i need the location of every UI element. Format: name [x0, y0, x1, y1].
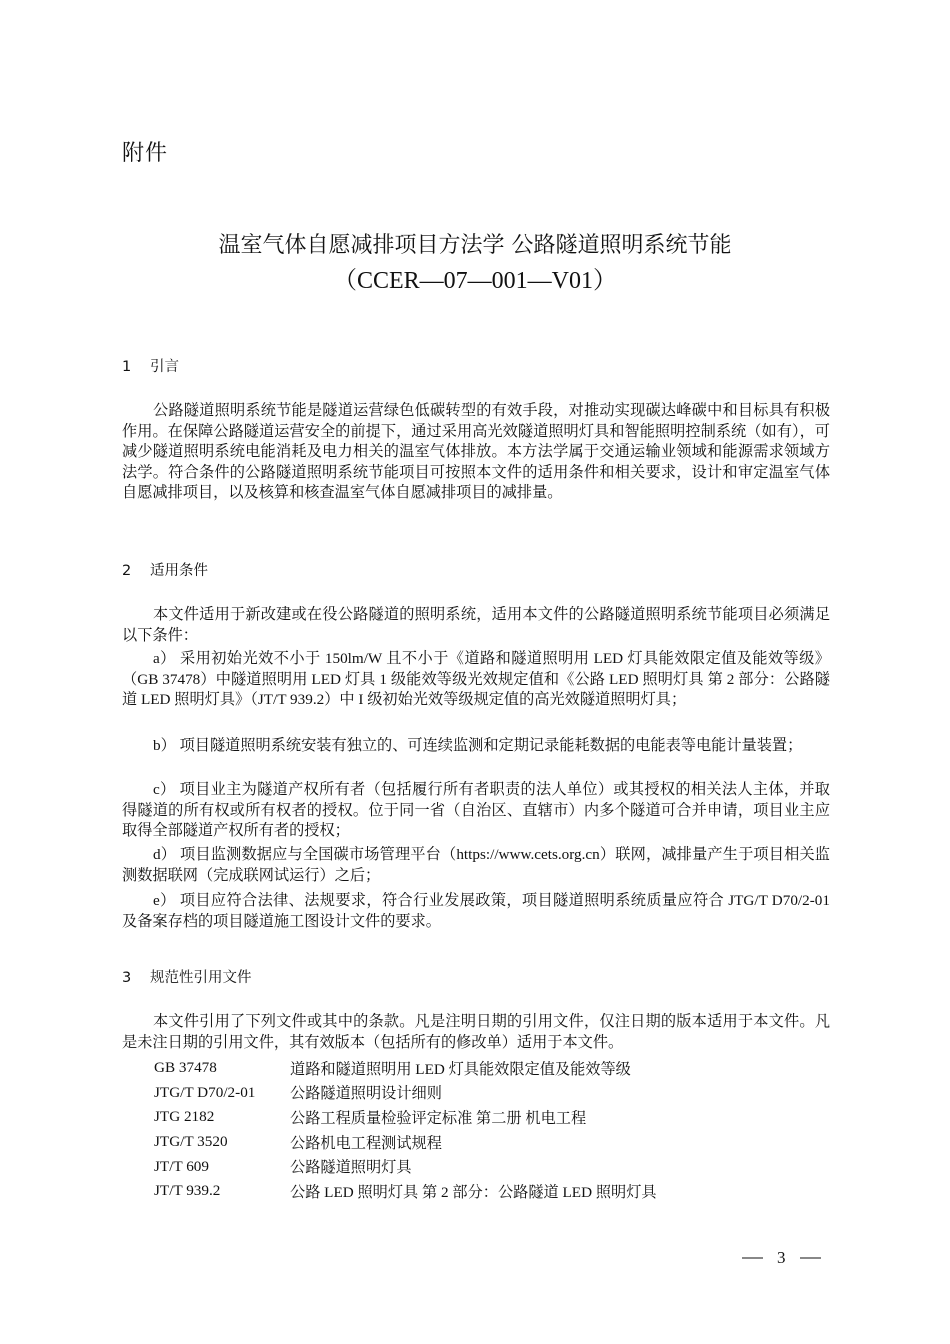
- reference-code: JTG 2182: [154, 1108, 290, 1126]
- page-number: 3: [742, 1248, 821, 1268]
- reference-item: JT/T 939.2 公路 LED 照明灯具 第 2 部分：公路隧道 LED 照…: [154, 1179, 657, 1204]
- section-3-heading: 3规范性引用文件: [122, 966, 252, 987]
- reference-item: JTG/T D70/2-01 公路隧道照明设计细则: [154, 1081, 657, 1106]
- reference-item: JTG 2182 公路工程质量检验评定标准 第二册 机电工程: [154, 1105, 657, 1130]
- section-title: 规范性引用文件: [150, 970, 252, 986]
- section-3-paragraph: 本文件引用了下列文件或其中的条款。凡是注明日期的引用文件，仅注日期的版本适用于本…: [122, 1012, 830, 1053]
- section-1-paragraph: 公路隧道照明系统节能是隧道运营绿色低碳转型的有效手段，对推动实现碳达峰碳中和目标…: [122, 401, 830, 504]
- reference-title: 公路工程质量检验评定标准 第二册 机电工程: [290, 1107, 586, 1128]
- reference-title: 公路 LED 照明灯具 第 2 部分：公路隧道 LED 照明灯具: [290, 1181, 657, 1202]
- condition-c: c） 项目业主为隧道产权所有者（包括履行所有者职责的法人单位）或其授权的相关法人…: [122, 780, 830, 842]
- section-number: 3: [122, 970, 150, 986]
- section-2-intro: 本文件适用于新改建或在役公路隧道的照明系统，适用本文件的公路隧道照明系统节能项目…: [122, 605, 830, 646]
- dash-decoration: [800, 1257, 821, 1259]
- attachment-label: 附件: [122, 136, 168, 167]
- section-number: 1: [122, 359, 150, 375]
- reference-title: 道路和隧道照明用 LED 灯具能效限定值及能效等级: [290, 1058, 631, 1079]
- reference-item: JT/T 609 公路隧道照明灯具: [154, 1154, 657, 1179]
- condition-b: b） 项目隧道照明系统安装有独立的、可连续监测和定期记录能耗数据的电能表等电能计…: [122, 736, 830, 757]
- reference-code: JTG/T 3520: [154, 1133, 290, 1151]
- reference-code: JT/T 939.2: [154, 1182, 290, 1200]
- page-number-value: 3: [777, 1248, 786, 1268]
- reference-code: GB 37478: [154, 1059, 290, 1077]
- reference-item: JTG/T 3520 公路机电工程测试规程: [154, 1130, 657, 1155]
- reference-title: 公路隧道照明设计细则: [290, 1082, 442, 1103]
- condition-e: e） 项目应符合法律、法规要求，符合行业发展政策，项目隧道照明系统质量应符合 J…: [122, 891, 830, 932]
- reference-title: 公路隧道照明灯具: [290, 1156, 412, 1177]
- section-title: 引言: [150, 359, 179, 375]
- section-2-heading: 2适用条件: [122, 559, 208, 580]
- condition-a: a） 采用初始光效不小于 150lm/W 且不小于《道路和隧道照明用 LED 灯…: [122, 649, 830, 711]
- reference-title: 公路机电工程测试规程: [290, 1132, 442, 1153]
- section-title: 适用条件: [150, 563, 208, 579]
- section-number: 2: [122, 563, 150, 579]
- reference-list: GB 37478 道路和隧道照明用 LED 灯具能效限定值及能效等级 JTG/T…: [154, 1056, 657, 1204]
- reference-code: JTG/T D70/2-01: [154, 1084, 290, 1102]
- condition-d: d） 项目监测数据应与全国碳市场管理平台（https://www.cets.or…: [122, 845, 830, 886]
- document-title-line-1: 温室气体自愿减排项目方法学 公路隧道照明系统节能: [0, 228, 950, 259]
- reference-item: GB 37478 道路和隧道照明用 LED 灯具能效限定值及能效等级: [154, 1056, 657, 1081]
- dash-decoration: [742, 1257, 763, 1259]
- document-title-line-2: （CCER—07—001—V01）: [0, 260, 950, 295]
- section-1-heading: 1引言: [122, 355, 179, 376]
- reference-code: JT/T 609: [154, 1158, 290, 1176]
